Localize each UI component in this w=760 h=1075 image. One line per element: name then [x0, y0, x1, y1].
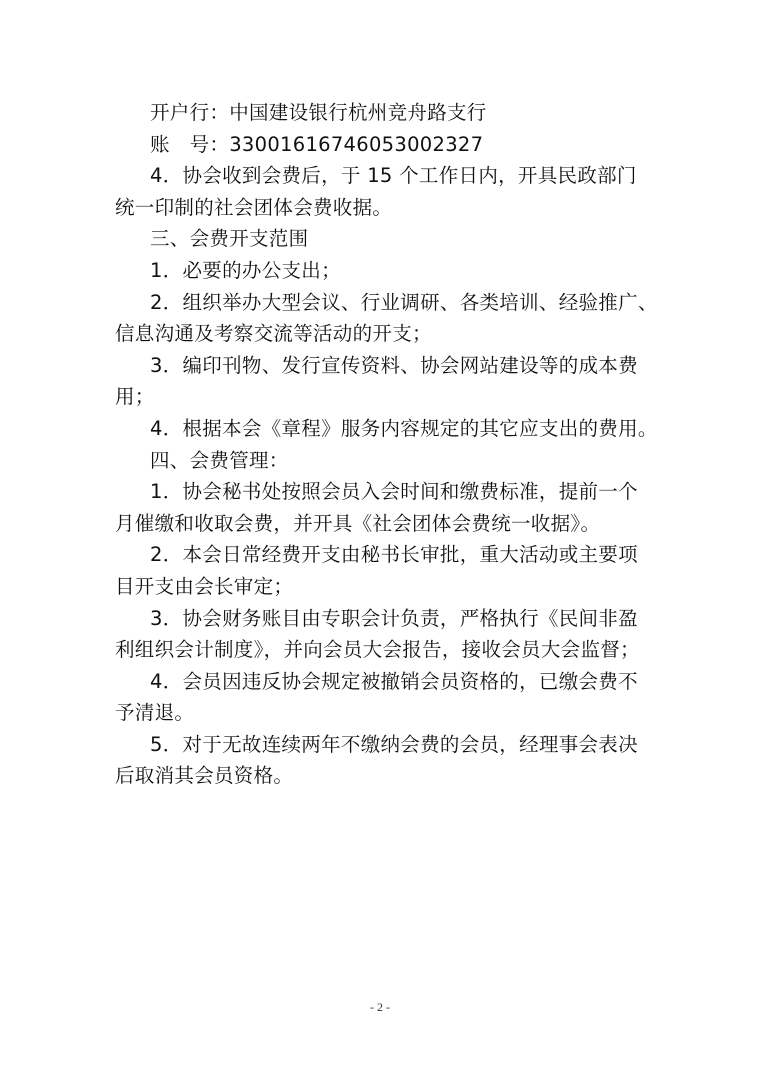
paragraph-line: 4．根据本会《章程》服务内容规定的其它应支出的费用。	[115, 413, 645, 445]
paragraph-line: 5．对于无故连续两年不缴纳会费的会员，经理事会表决	[115, 729, 645, 761]
paragraph-line: 3．协会财务账目由专职会计负责，严格执行《民间非盈	[115, 603, 645, 635]
paragraph-line: 后取消其会员资格。	[115, 760, 645, 792]
section-heading: 四、会费管理：	[115, 445, 645, 477]
paragraph-line: 信息沟通及考察交流等活动的开支；	[115, 318, 645, 350]
page-number: - 2 -	[0, 1000, 760, 1015]
paragraph-line: 4．会员因违反协会规定被撤销会员资格的，已缴会费不	[115, 666, 645, 698]
paragraph-line: 利组织会计制度》，并向会员大会报告，接收会员大会监督；	[115, 634, 645, 666]
paragraph-line: 1．必要的办公支出；	[115, 255, 645, 287]
paragraph-line: 2．本会日常经费开支由秘书长审批，重大活动或主要项	[115, 539, 645, 571]
paragraph-line: 用；	[115, 381, 645, 413]
paragraph-line: 目开支由会长审定；	[115, 571, 645, 603]
paragraph-line: 1．协会秘书处按照会员入会时间和缴费标准，提前一个	[115, 476, 645, 508]
paragraph-line: 4．协会收到会费后，于 15 个工作日内，开具民政部门	[115, 160, 645, 192]
account-number-line: 账 号：33001616746053002327	[115, 129, 645, 161]
paragraph-line: 月催缴和收取会费，并开具《社会团体会费统一收据》。	[115, 508, 645, 540]
document-body: 开户行：中国建设银行杭州竞舟路支行 账 号：330016167460530023…	[115, 97, 645, 792]
paragraph-line: 2．组织举办大型会议、行业调研、各类培训、经验推广、	[115, 287, 645, 319]
section-heading: 三、会费开支范围	[115, 223, 645, 255]
paragraph-line: 3．编印刊物、发行宣传资料、协会网站建设等的成本费	[115, 350, 645, 382]
bank-name-line: 开户行：中国建设银行杭州竞舟路支行	[115, 97, 645, 129]
paragraph-line: 予清退。	[115, 697, 645, 729]
paragraph-line: 统一印制的社会团体会费收据。	[115, 192, 645, 224]
